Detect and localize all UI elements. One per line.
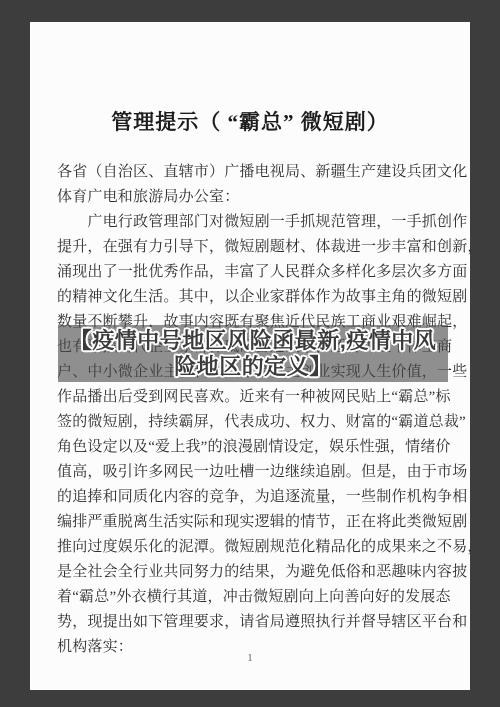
watermark-overlay: 【疫情中号地区风险函最新,疫情中风 险地区的定义】 bbox=[58, 325, 448, 382]
document-text-line: 各省（自治区、直辖市）广播电视局、新疆生产建设兵团文化 bbox=[57, 160, 447, 185]
document-text-line: 作品播出后受到网民喜欢。近来有一种被网民贴上“霸总”标 bbox=[57, 385, 447, 410]
document-text-line: 编排严重脱离生活实际和现实逻辑的情节，正在将此类微短剧 bbox=[57, 510, 447, 535]
document-text-line: 广电行政管理部门对微短剧一手抓规范管理，一手抓创作 bbox=[57, 210, 447, 235]
page-number: 1 bbox=[30, 653, 470, 664]
document-text-line: 涌现出了一批优秀作品，丰富了人民群众多样化多层次多方面 bbox=[57, 260, 447, 285]
document-text-line: 提升，在强有力引导下，微短剧题材、体裁进一步丰富和创新， bbox=[57, 235, 447, 260]
document-text-line: 的追捧和同质化内容的竞争，为追逐流量，一些制作机构争相 bbox=[57, 485, 447, 510]
viewer-background: 管理提示（ “霸总” 微短剧） 各省（自治区、直辖市）广播电视局、新疆生产建设兵… bbox=[0, 0, 500, 707]
document-title: 管理提示（ “霸总” 微短剧） bbox=[30, 106, 470, 136]
document-page: 管理提示（ “霸总” 微短剧） 各省（自治区、直辖市）广播电视局、新疆生产建设兵… bbox=[30, 22, 470, 690]
document-text-line: 着“霸总”外衣横行其道，冲击微短剧向上向善向好的发展态 bbox=[57, 585, 447, 610]
watermark-title-line-2: 险地区的定义】 bbox=[174, 354, 332, 380]
document-text-line: 体育广电和旅游局办公室： bbox=[57, 185, 447, 210]
document-text-line: 是全社会全行业共同努力的结果，为避免低俗和恶趣味内容披 bbox=[57, 560, 447, 585]
watermark-title-line-1: 【疫情中号地区风险函最新,疫情中风 bbox=[70, 328, 437, 354]
document-text-line: 签的微短剧，持续霸屏，代表成功、权力、财富的“霸道总裁” bbox=[57, 410, 447, 435]
document-text-line: 势，现提出如下管理要求，请省局遵照执行并督导辖区平台和 bbox=[57, 610, 447, 635]
document-text-line: 推向过度娱乐化的泥潭。微短剧规范化精品化的成果来之不易， bbox=[57, 535, 447, 560]
document-text-line: 角色设定以及“爱上我”的浪漫剧情设定，娱乐性强，情绪价 bbox=[57, 435, 447, 460]
document-body: 各省（自治区、直辖市）广播电视局、新疆生产建设兵团文化体育广电和旅游局办公室： … bbox=[57, 160, 447, 660]
document-text-line: 的精神文化生活。其中，以企业家群体作为故事主角的微短剧 bbox=[57, 285, 447, 310]
document-text-line: 值高，吸引许多网民一边吐槽一边继续追剧。但是，由于市场 bbox=[57, 460, 447, 485]
